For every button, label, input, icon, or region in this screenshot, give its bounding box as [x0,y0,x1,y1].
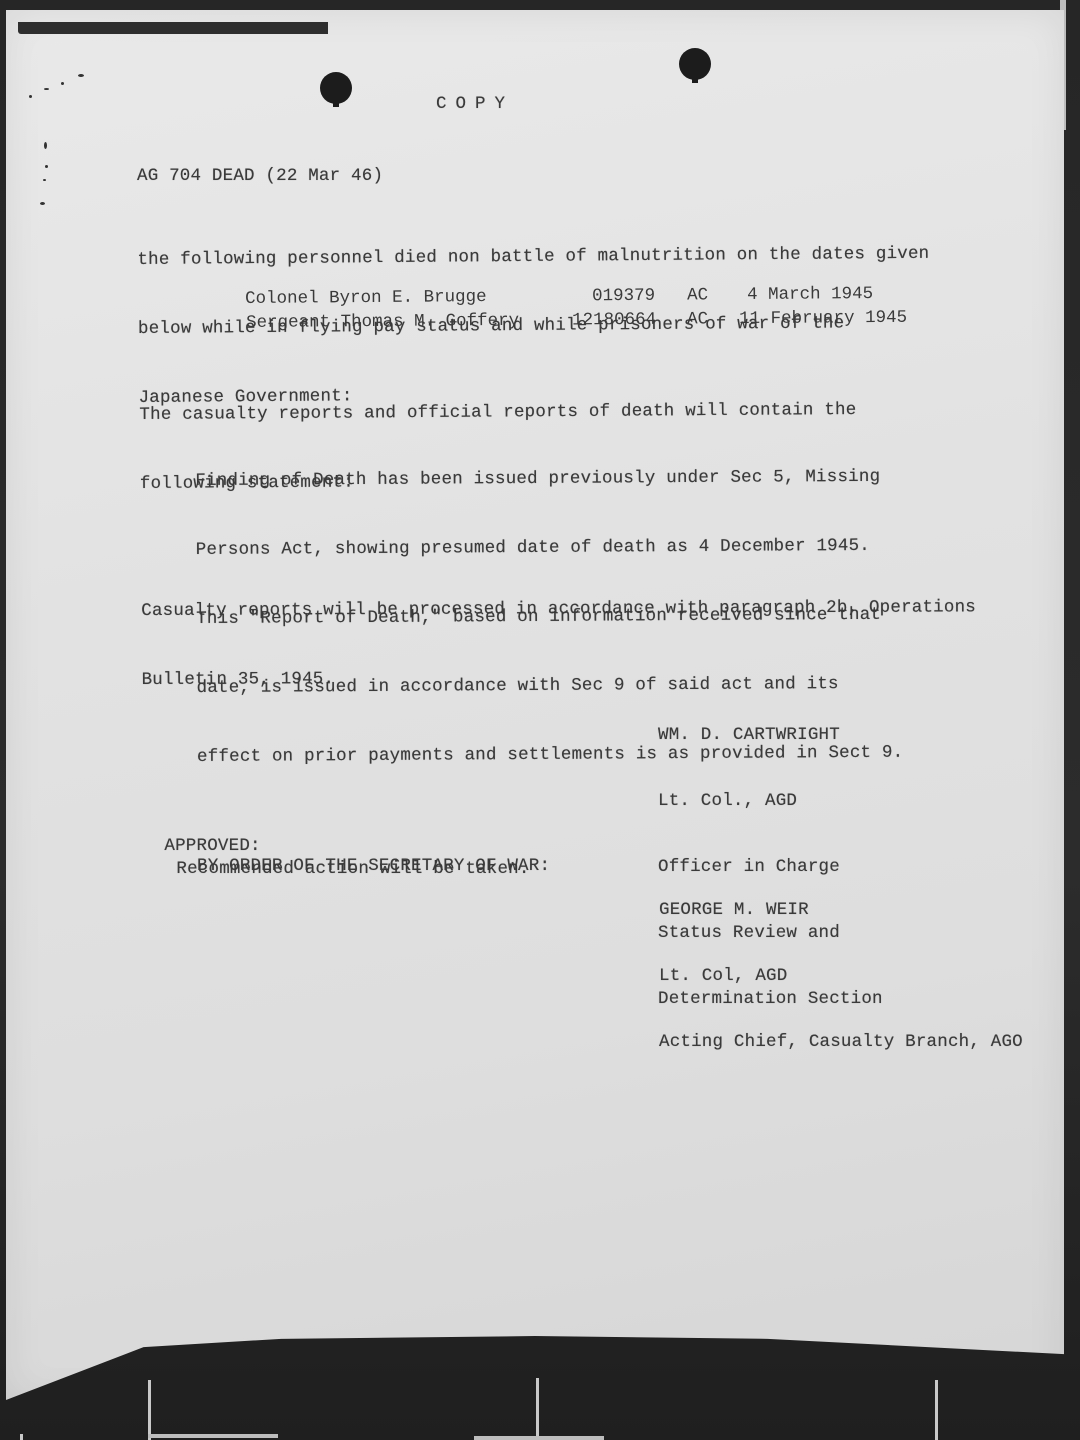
approval-label: APPROVED: [164,836,260,856]
background-grid-line [935,1380,938,1440]
background-grid-line [536,1378,539,1440]
background-grid-line [474,1436,604,1440]
punch-hole [320,72,352,104]
background-grid-line [148,1434,278,1438]
ink-speck [44,142,47,149]
ink-speck [40,202,45,205]
personnel-serial: 019379 [535,285,655,309]
personnel-branch: AC [687,308,708,331]
background-grid-line [20,1434,23,1440]
ink-speck [61,82,64,85]
intro-line: the following personnel died non battle … [137,243,929,272]
personnel-date: 4 March 1945 [673,283,873,308]
signatory-rank: Lt. Col, AGD [659,965,1023,987]
by-order-line: BY ORDER OF THE SECRETARY OF WAR: [197,855,550,878]
personnel-name: Sergeant Thomas M. Goffery [246,310,519,335]
page-edge-shadow [18,22,328,34]
signatory-title: Acting Chief, Casualty Branch, AGO [659,1031,1023,1053]
ink-speck [44,88,49,90]
signatory-rank: Lt. Col., AGD [658,790,883,812]
statement-line: Finding of Death has been issued previou… [195,466,901,493]
ink-speck [43,179,46,181]
signature-block-weir: GEORGE M. WEIR Lt. Col, AGD Acting Chief… [659,855,1023,1075]
background-grid-line [148,1380,151,1440]
personnel-serial: 12180664 [536,309,656,333]
copy-header: COPY [436,93,514,116]
personnel-date: 11 February 1945 [707,307,907,332]
punch-hole [679,48,711,80]
ink-speck [78,74,84,77]
processing-line: Casualty reports will be processed in ac… [141,596,976,623]
personnel-name: Colonel Byron E. Brugge [245,286,487,311]
ink-speck [45,165,48,168]
signatory-name: WM. D. CARTWRIGHT [658,724,883,746]
file-reference: AG 704 DEAD (22 Mar 46) [137,165,383,188]
signatory-name: GEORGE M. WEIR [659,899,1023,921]
ink-speck [29,95,32,98]
